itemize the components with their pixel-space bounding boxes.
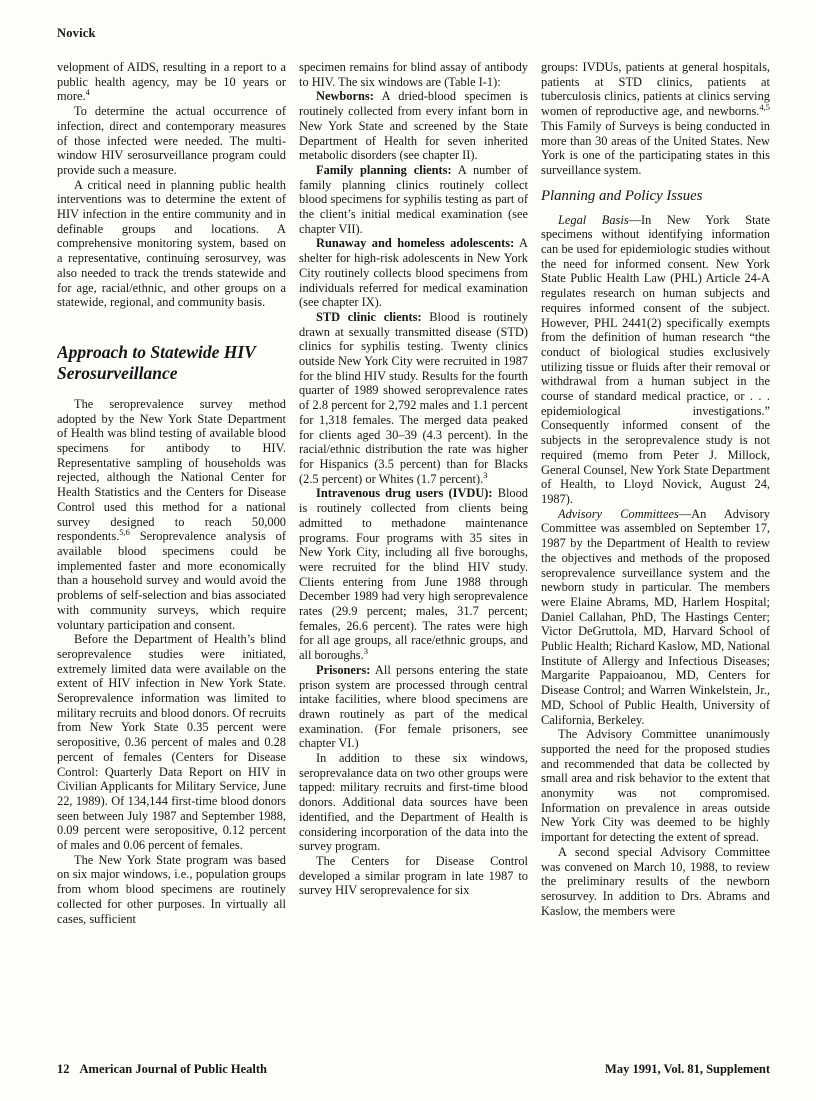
article-body: velopment of AIDS, resulting in a report… [57, 60, 770, 1050]
paragraph: Before the Department of Health’s blind … [57, 632, 286, 853]
paragraph: The seroprevalence survey method adopted… [57, 397, 286, 632]
paragraph: Intravenous drug users (IVDU): Blood is … [299, 486, 528, 662]
paragraph: Prisoners: All persons entering the stat… [299, 663, 528, 751]
reference-superscript: 4 [86, 87, 90, 97]
paragraph: The Advisory Committee unanimously suppo… [541, 727, 770, 845]
reference-superscript: 5,6 [119, 527, 130, 537]
paragraph: STD clinic clients: Blood is routinely d… [299, 310, 528, 486]
paragraph: Family planning clients: A number of fam… [299, 163, 528, 237]
paragraph: In addition to these six windows, seropr… [299, 751, 528, 854]
journal-title: American Journal of Public Health [80, 1062, 268, 1076]
paragraph: specimen remains for blind assay of anti… [299, 60, 528, 89]
text-column-3: groups: IVDUs, patients at general hospi… [541, 60, 770, 1050]
paragraph: Legal Basis—In New York State specimens … [541, 213, 770, 507]
paragraph: The Centers for Disease Control develope… [299, 854, 528, 898]
footer-left: 12American Journal of Public Health [57, 1062, 267, 1077]
paragraph: A second special Advisory Committee was … [541, 845, 770, 919]
subsection-heading: Planning and Policy Issues [541, 188, 770, 205]
running-header-author: Novick [57, 26, 96, 41]
page-number: 12 [57, 1062, 70, 1076]
paragraph: Advisory Committees—An Advisory Committe… [541, 507, 770, 728]
reference-superscript: 3 [364, 646, 368, 656]
reference-superscript: 4,5 [759, 102, 770, 112]
paragraph: Runaway and homeless adolescents: A shel… [299, 236, 528, 310]
reference-superscript: 3 [483, 470, 487, 480]
journal-page: Novick velopment of AIDS, resulting in a… [0, 0, 816, 1101]
text-column-2: specimen remains for blind assay of anti… [299, 60, 528, 1050]
paragraph: A critical need in planning public healt… [57, 178, 286, 310]
paragraph: To determine the actual occurrence of in… [57, 104, 286, 178]
paragraph: The New York State program was based on … [57, 853, 286, 927]
paragraph: velopment of AIDS, resulting in a report… [57, 60, 286, 104]
footer-issue: May 1991, Vol. 81, Supplement [605, 1062, 770, 1077]
paragraph: groups: IVDUs, patients at general hospi… [541, 60, 770, 178]
text-column-1: velopment of AIDS, resulting in a report… [57, 60, 286, 1050]
section-heading: Approach to Statewide HIV Serosurveillan… [57, 342, 286, 384]
paragraph: Newborns: A dried-blood specimen is rout… [299, 89, 528, 163]
